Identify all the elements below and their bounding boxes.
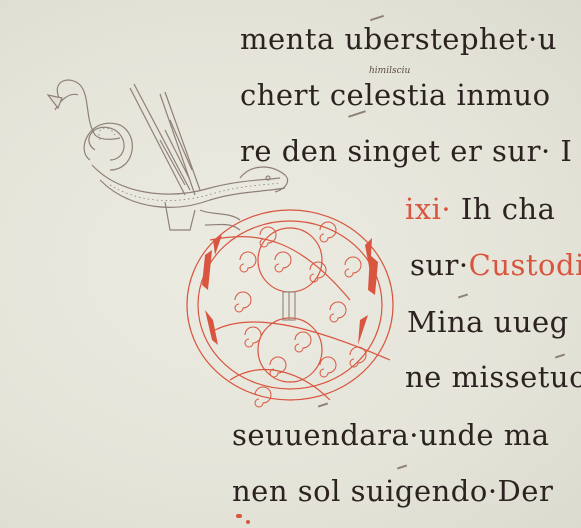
text-line-2: chert celestia inmuo xyxy=(240,78,551,112)
text-line-8: seuuendara·unde ma xyxy=(232,418,550,452)
text-line-3: re den singet er sur· I xyxy=(240,134,572,168)
text-line-9: nen sol suigendo·Der xyxy=(232,474,553,508)
red-mark xyxy=(236,514,242,518)
text-line-4: ixi· Ih cha xyxy=(405,192,555,226)
text-line-6: Mina uueg xyxy=(407,305,569,339)
rubric-word: Custodia xyxy=(469,248,581,282)
text-line-1: menta uberstephet·u xyxy=(240,22,557,56)
manuscript-page: himilsciu menta uberstephet·u chert cele… xyxy=(0,0,581,528)
text-line-7: ne missetuo xyxy=(405,360,581,394)
rubric-numeral: ixi· xyxy=(405,192,451,226)
red-mark xyxy=(246,520,250,524)
interlinear-gloss: himilsciu xyxy=(369,66,410,76)
text-line-5: sur·Custodia xyxy=(410,248,581,282)
